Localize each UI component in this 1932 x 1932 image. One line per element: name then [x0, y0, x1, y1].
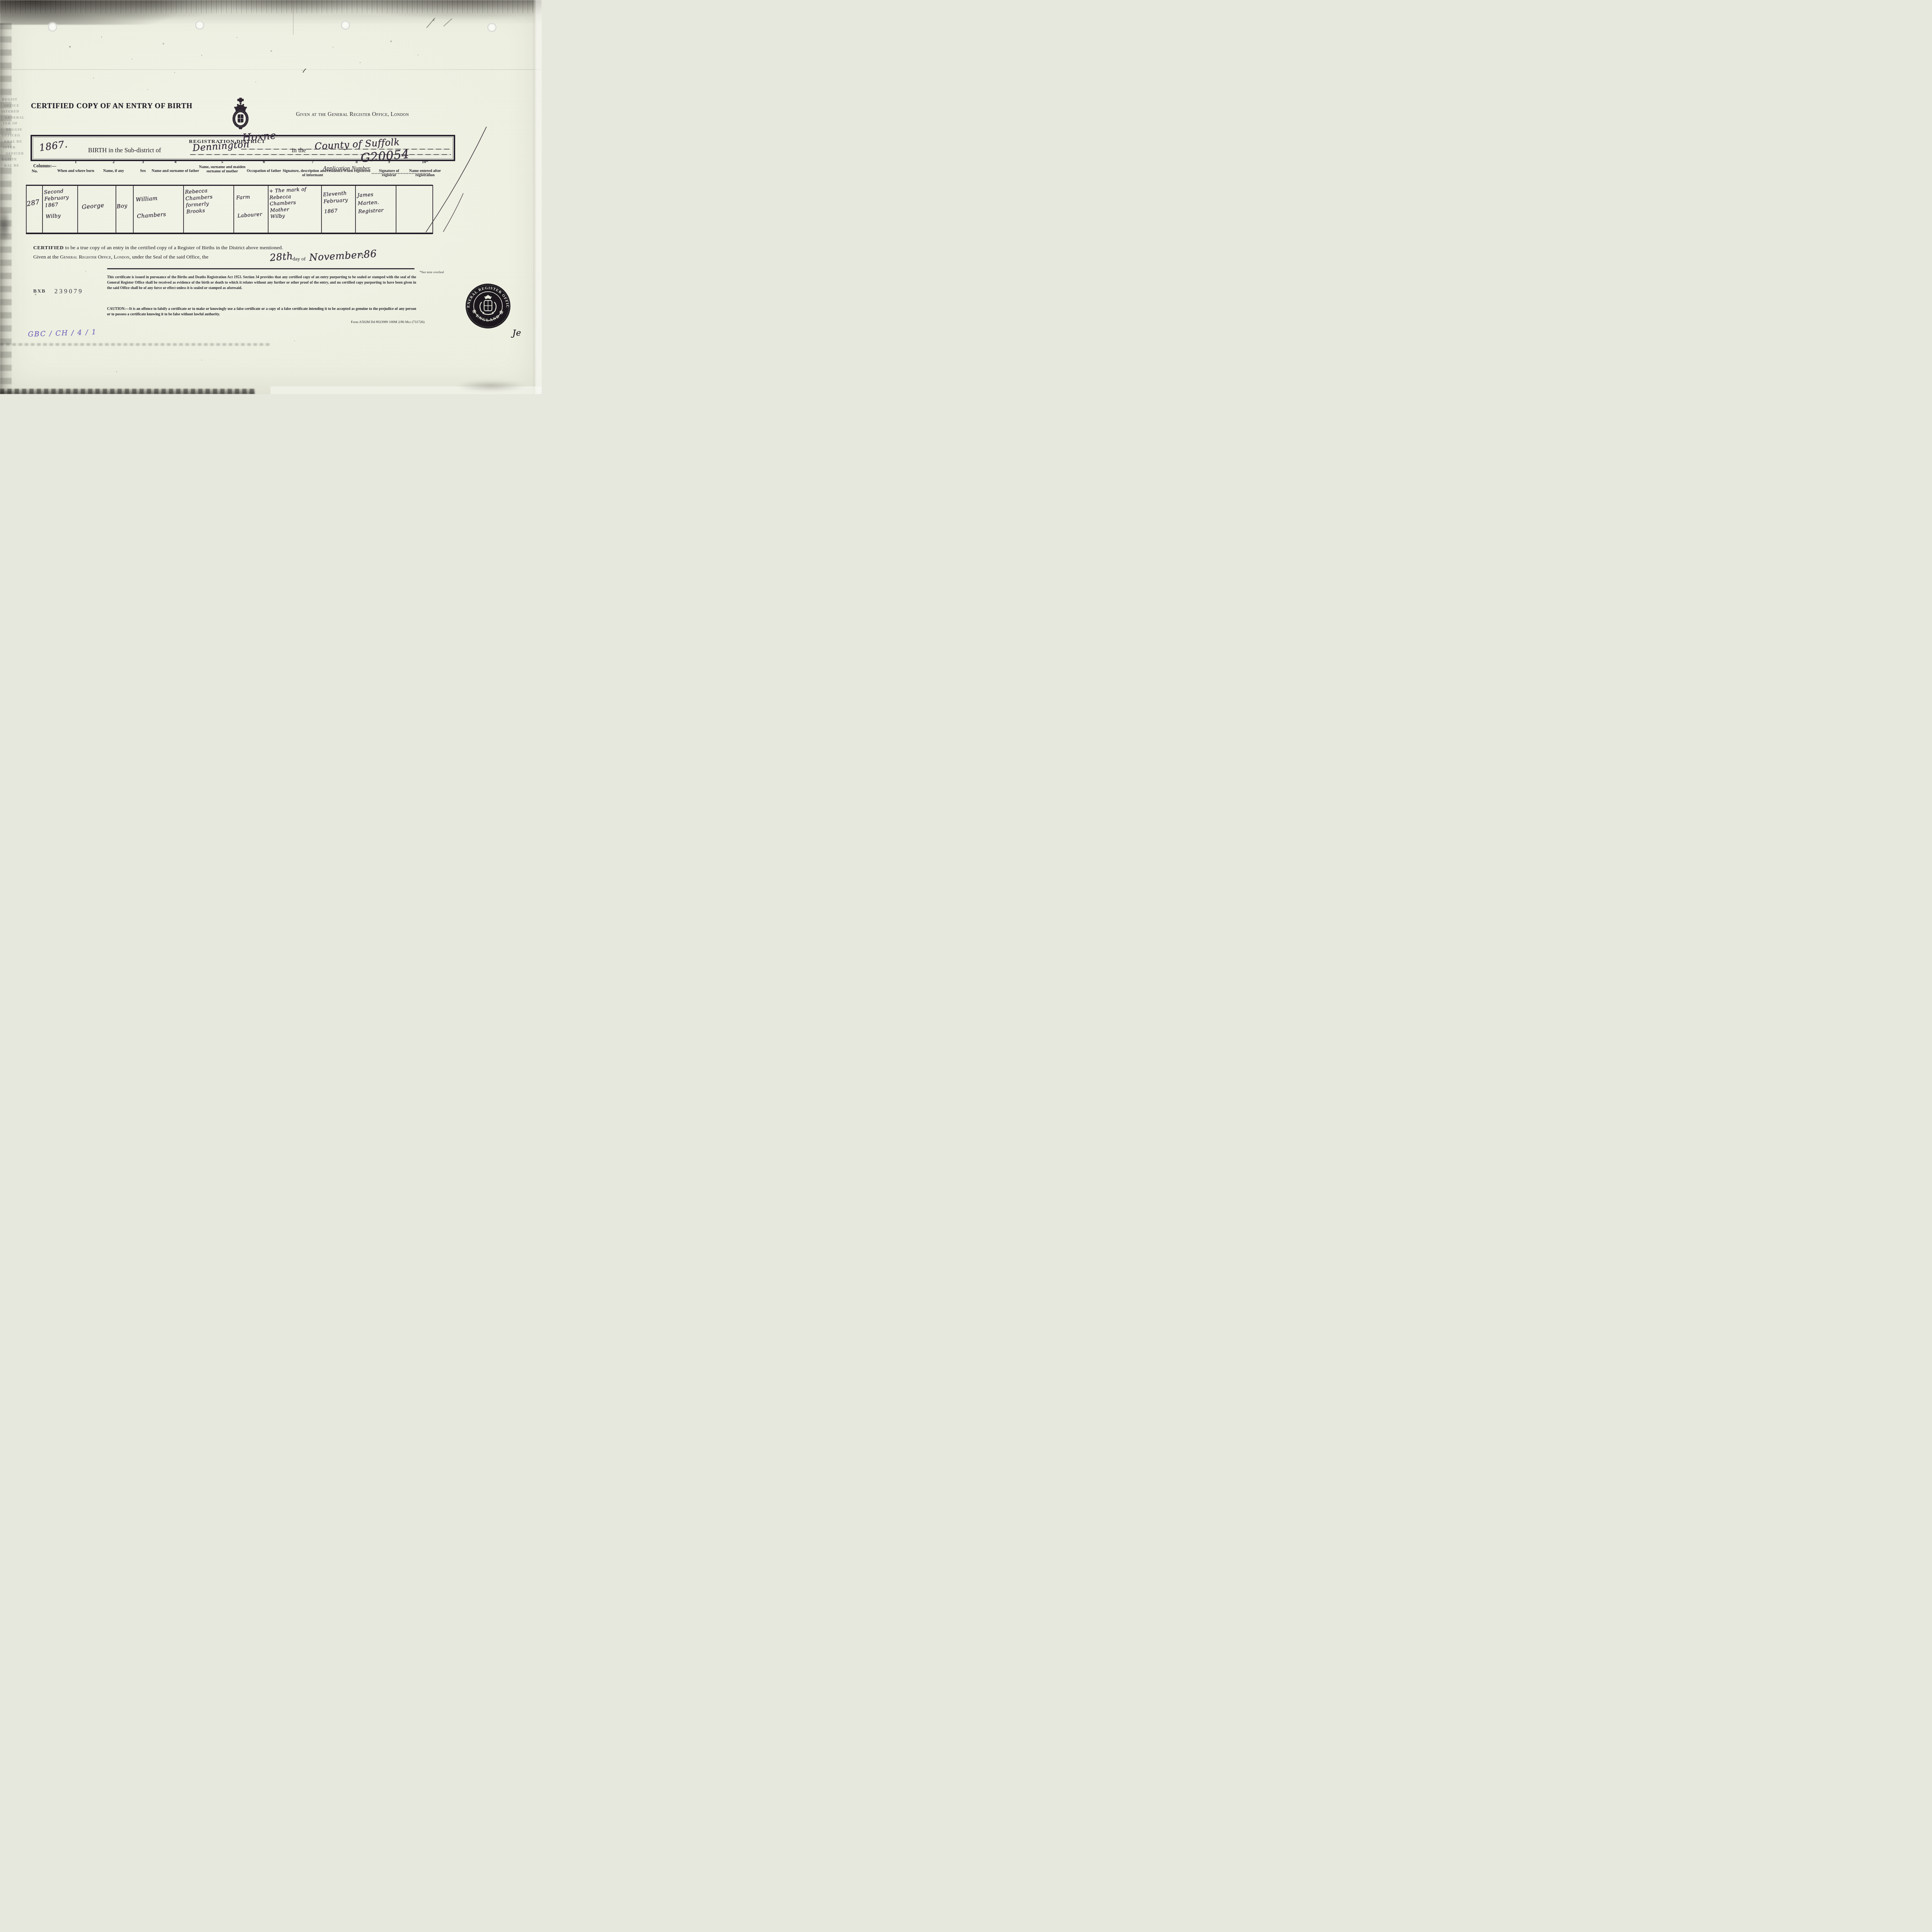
column-number: 1 — [70, 160, 82, 164]
cell-informant: + The mark of Rebecca Chambers Mother Wi… — [267, 184, 325, 235]
document-title: CERTIFIED COPY OF AN ENTRY OF BIRTH — [31, 102, 192, 111]
year-value: 86 — [363, 248, 377, 260]
stamp-series: BXB — [33, 288, 46, 294]
column-number: 7 — [307, 160, 318, 164]
ghost-fragment: TER OF — [3, 121, 31, 127]
column-label: Name, surname and maiden surname of moth… — [197, 165, 247, 173]
entry-line — [190, 154, 451, 155]
columns-label: Columns:— — [33, 164, 56, 168]
column-label: Signature of registrar — [372, 169, 406, 177]
punch-hole — [341, 20, 350, 30]
column-number: 4 — [170, 160, 181, 164]
certified-statement: CERTIFIED to be a true copy of an entry … — [33, 245, 373, 251]
photocopy-ghost-text: REGIST OFFICE ISTERED GENERAL TER OF DEG… — [1, 97, 31, 169]
ghost-fragment: RAL RE — [4, 162, 31, 168]
column-number: 5 — [216, 160, 228, 164]
photocopy-streak — [0, 343, 270, 346]
column-label: When registered — [340, 169, 373, 173]
ghost-fragment: ERAL RE — [4, 138, 31, 145]
paper-right-edge — [533, 0, 542, 394]
birth-certificate-scan: REGIST OFFICE ISTERED GENERAL TER OF DEG… — [0, 0, 542, 394]
column-label: Sex — [131, 169, 155, 173]
column-number: 10* — [419, 160, 431, 164]
certified-word: CERTIFIED — [33, 245, 64, 250]
column-label: Name entered after registration — [402, 169, 448, 177]
birth-subdistrict-label: BIRTH in the Sub-district of — [88, 146, 161, 154]
photocopy-left-smudge — [0, 23, 12, 394]
photocopy-top-smudge — [0, 0, 542, 25]
act-notice: This certificate is issued in pursuance … — [107, 275, 416, 291]
punch-hole — [48, 22, 57, 32]
toner-specks — [0, 0, 1, 1]
punch-hole — [487, 23, 497, 32]
in-the-label: in the — [292, 146, 306, 154]
office-name: General Register Office, London — [60, 254, 129, 260]
registration-district-box: REGISTRATION DISTRICT Hoxne 1867. BIRTH … — [31, 135, 455, 161]
ink-blotch — [0, 209, 11, 243]
photocopy-bottom-smudge — [0, 389, 255, 394]
register-entry-table: 287 Second February 1867 Wilby George Bo… — [26, 185, 433, 234]
corner-smudge — [456, 381, 526, 391]
column-label: When and where born — [56, 169, 96, 173]
gro-seal: GENERAL REGISTER OFFICE ✠ ENGLAND ✠ — [464, 282, 512, 330]
stamp-number: 239079 — [54, 287, 83, 295]
column-no-label: No. — [27, 169, 43, 173]
horizontal-fold-crease — [0, 69, 542, 70]
issuing-office-line: Given at the General Register Office, Lo… — [296, 111, 409, 118]
day-of-label: day of — [293, 256, 306, 262]
ghost-fragment: OFFICER — [5, 150, 31, 156]
column-label: Name and surname of father — [151, 169, 199, 173]
photocopy-grain — [0, 0, 542, 13]
column-number: 8 — [351, 160, 362, 164]
column-label: Signature, description and residence of … — [282, 169, 344, 177]
entry-number: 287 — [26, 198, 43, 208]
cell-registrar: James Marten. Registrar — [354, 185, 400, 238]
ghost-fragment: OFFICEG — [2, 133, 31, 139]
ghost-fragment: ISTERED — [1, 109, 31, 115]
ghost-fragment: ISTER — [3, 145, 31, 151]
archive-reference-annotation: GBC / CH / 4 / 1 — [28, 328, 97, 338]
ghost-fragment: OFFICE — [4, 102, 31, 109]
see-note-overleaf: *See note overleaf — [420, 270, 444, 274]
column-label: Name, if any — [94, 169, 134, 173]
royal-crest-icon — [231, 97, 250, 130]
cell-father: William Chambers — [131, 184, 189, 243]
column-number: 3 — [137, 160, 149, 164]
column-number: 9 — [383, 160, 395, 164]
vertical-fold-crease — [293, 0, 294, 35]
cell-mother: Rebecca Chambers formerly Brooks — [182, 184, 238, 236]
form-reference: Form A502M Dd 8923989 100M 2/86 Mcr (731… — [351, 320, 455, 324]
ghost-fragment: DEGGIE — [6, 126, 31, 133]
ghost-fragment: EGISTE — [2, 156, 31, 163]
column-label: Occupation of father — [245, 169, 283, 173]
cell-entry-number: 287 — [26, 186, 42, 233]
ghost-fragment: REGIST — [2, 97, 31, 103]
caution-notice: CAUTION:—It is an offence to falsify a c… — [107, 307, 416, 317]
column-number: 2 — [108, 160, 119, 164]
date-underline — [107, 268, 415, 269]
corner-initials: Je — [512, 328, 521, 338]
certified-rest: to be a true copy of an entry in the cer… — [64, 245, 283, 250]
ghost-fragment: GENERAL — [5, 114, 31, 121]
year-prefix: 19 — [359, 253, 363, 257]
punch-hole — [195, 20, 204, 30]
month-value: November. — [309, 249, 364, 263]
day-value: 28th — [269, 250, 293, 263]
registration-year: 1867. — [38, 138, 68, 153]
table-rule — [432, 185, 433, 234]
cell-name-after-registration — [396, 186, 432, 233]
serial-number-stamp: BXB239079 — [33, 287, 83, 295]
column-number: 6 — [258, 160, 270, 164]
